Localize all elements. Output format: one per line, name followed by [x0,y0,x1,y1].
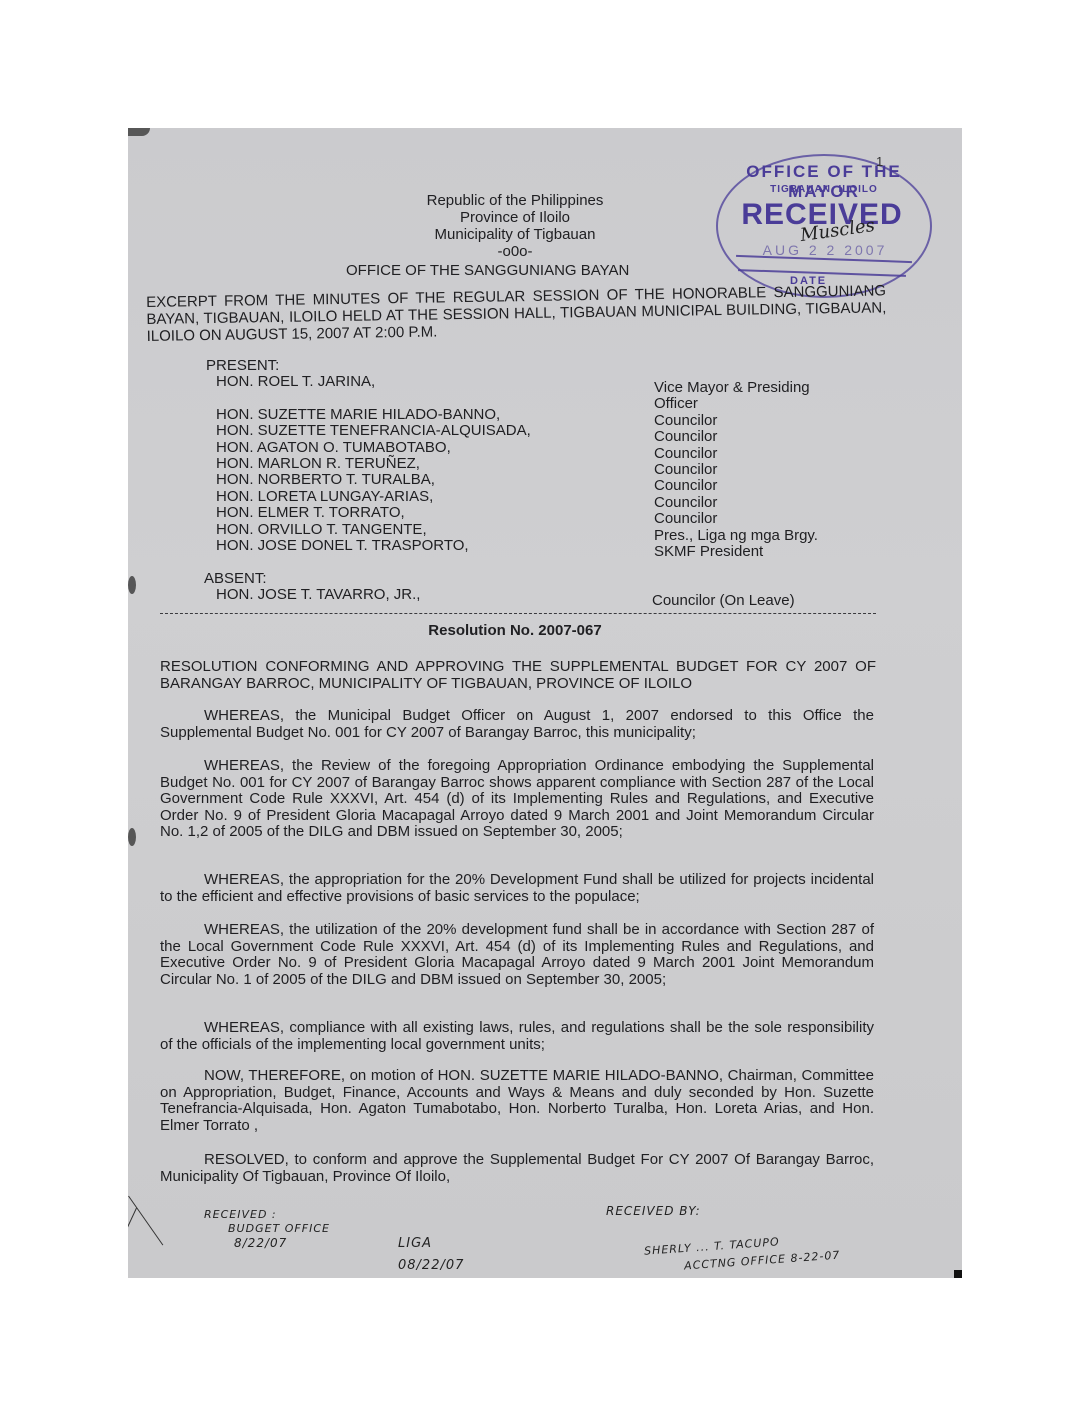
handwritten-received: RECEIVED : [204,1208,277,1221]
member-role: Officer [654,396,818,412]
resolution-title: RESOLUTION CONFORMING AND APPROVING THE … [160,658,876,692]
member-role: Councilor [654,446,818,462]
member-role: Councilor [654,495,818,511]
paragraph-text: WHEREAS, the utilization of the 20% deve… [160,921,874,988]
whereas-paragraph: WHEREAS, the utilization of the 20% deve… [160,922,874,988]
resolution-number: Resolution No. 2007-067 [128,622,902,639]
member-name: HON. NORBERTO T. TURALBA, [216,472,531,488]
member-role: Councilor [654,478,818,494]
pen-stroke [128,1208,137,1263]
paragraph-text: WHEREAS, the appropriation for the 20% D… [160,871,874,905]
resolved-paragraph: RESOLVED, to conform and approve the Sup… [160,1152,874,1185]
member-role: Pres., Liga ng mga Brgy. [654,528,818,544]
member-name: HON. ROEL T. JARINA, [216,374,531,390]
paragraph-text: WHEREAS, the Municipal Budget Officer on… [160,707,874,741]
stamp-location: TIGBAUAN, ILOILO [710,184,938,195]
pen-stroke [128,1196,163,1246]
member-name: HON. ORVILLO T. TANGENTE, [216,522,531,538]
whereas-paragraph: WHEREAS, the Municipal Budget Officer on… [160,708,874,741]
paragraph-text: NOW, THEREFORE, on motion of HON. SUZETT… [160,1067,874,1134]
member-name: HON. SUZETTE MARIE HILADO-BANNO, [216,407,531,423]
paragraph-text: WHEREAS, compliance with all existing la… [160,1019,874,1053]
member-name: HON. SUZETTE TENEFRANCIA-ALQUISADA, [216,423,531,439]
handwritten-liga-date: 08/22/07 [398,1258,464,1273]
page-mark: 1 [876,154,883,169]
present-roles: Vice Mayor & Presiding Officer Councilor… [654,380,818,560]
stamp-office: OFFICE OF THE MAYOR [710,162,938,202]
member-name: HON. JOSE DONEL T. TRASPORTO, [216,538,531,554]
absent-member-name: HON. JOSE T. TAVARRO, JR., [216,587,420,603]
whereas-paragraph: WHEREAS, the Review of the foregoing App… [160,758,874,841]
member-role: Councilor [654,462,818,478]
member-name [216,390,531,406]
dashed-divider [160,613,876,614]
minutes-excerpt: EXCERPT FROM THE MINUTES OF THE REGULAR … [146,282,887,345]
punch-hole [128,576,136,594]
member-name: HON. AGATON O. TUMABOTABO, [216,440,531,456]
handwritten-budget-office: BUDGET OFFICE [228,1222,330,1235]
received-stamp: OFFICE OF THE MAYOR TIGBAUAN, ILOILO REC… [710,148,938,300]
member-role: SKMF President [654,544,818,560]
whereas-paragraph: WHEREAS, the appropriation for the 20% D… [160,872,874,905]
whereas-paragraph: WHEREAS, compliance with all existing la… [160,1020,874,1053]
member-role: Councilor [654,511,818,527]
office-title: OFFICE OF THE SANGGUNIANG BAYAN [346,262,629,279]
motion-paragraph: NOW, THEREFORE, on motion of HON. SUZETT… [160,1068,874,1134]
member-role: Vice Mayor & Presiding [654,380,818,396]
member-role: Councilor [654,429,818,445]
member-role: Councilor [654,413,818,429]
member-name: HON. ELMER T. TORRATO, [216,505,531,521]
member-name: HON. MARLON R. TERUÑEZ, [216,456,531,472]
torn-corner [128,128,150,136]
member-name: HON. LORETA LUNGAY-ARIAS, [216,489,531,505]
present-names: HON. ROEL T. JARINA, HON. SUZETTE MARIE … [216,374,531,554]
absent-label: ABSENT: [204,571,267,587]
punch-hole [128,828,136,846]
handwritten-received-by: RECEIVED BY: [606,1204,701,1218]
present-label: PRESENT: [206,358,279,374]
scanned-page: Republic of the Philippines Province of … [128,128,962,1278]
paragraph-text: RESOLVED, to conform and approve the Sup… [160,1151,874,1185]
paragraph-text: WHEREAS, the Review of the foregoing App… [160,757,874,840]
absent-member-role: Councilor (On Leave) [652,593,795,609]
handwritten-liga: LIGA [398,1236,432,1251]
corner-mark [954,1270,962,1278]
handwritten-budget-date: 8/22/07 [234,1236,287,1250]
